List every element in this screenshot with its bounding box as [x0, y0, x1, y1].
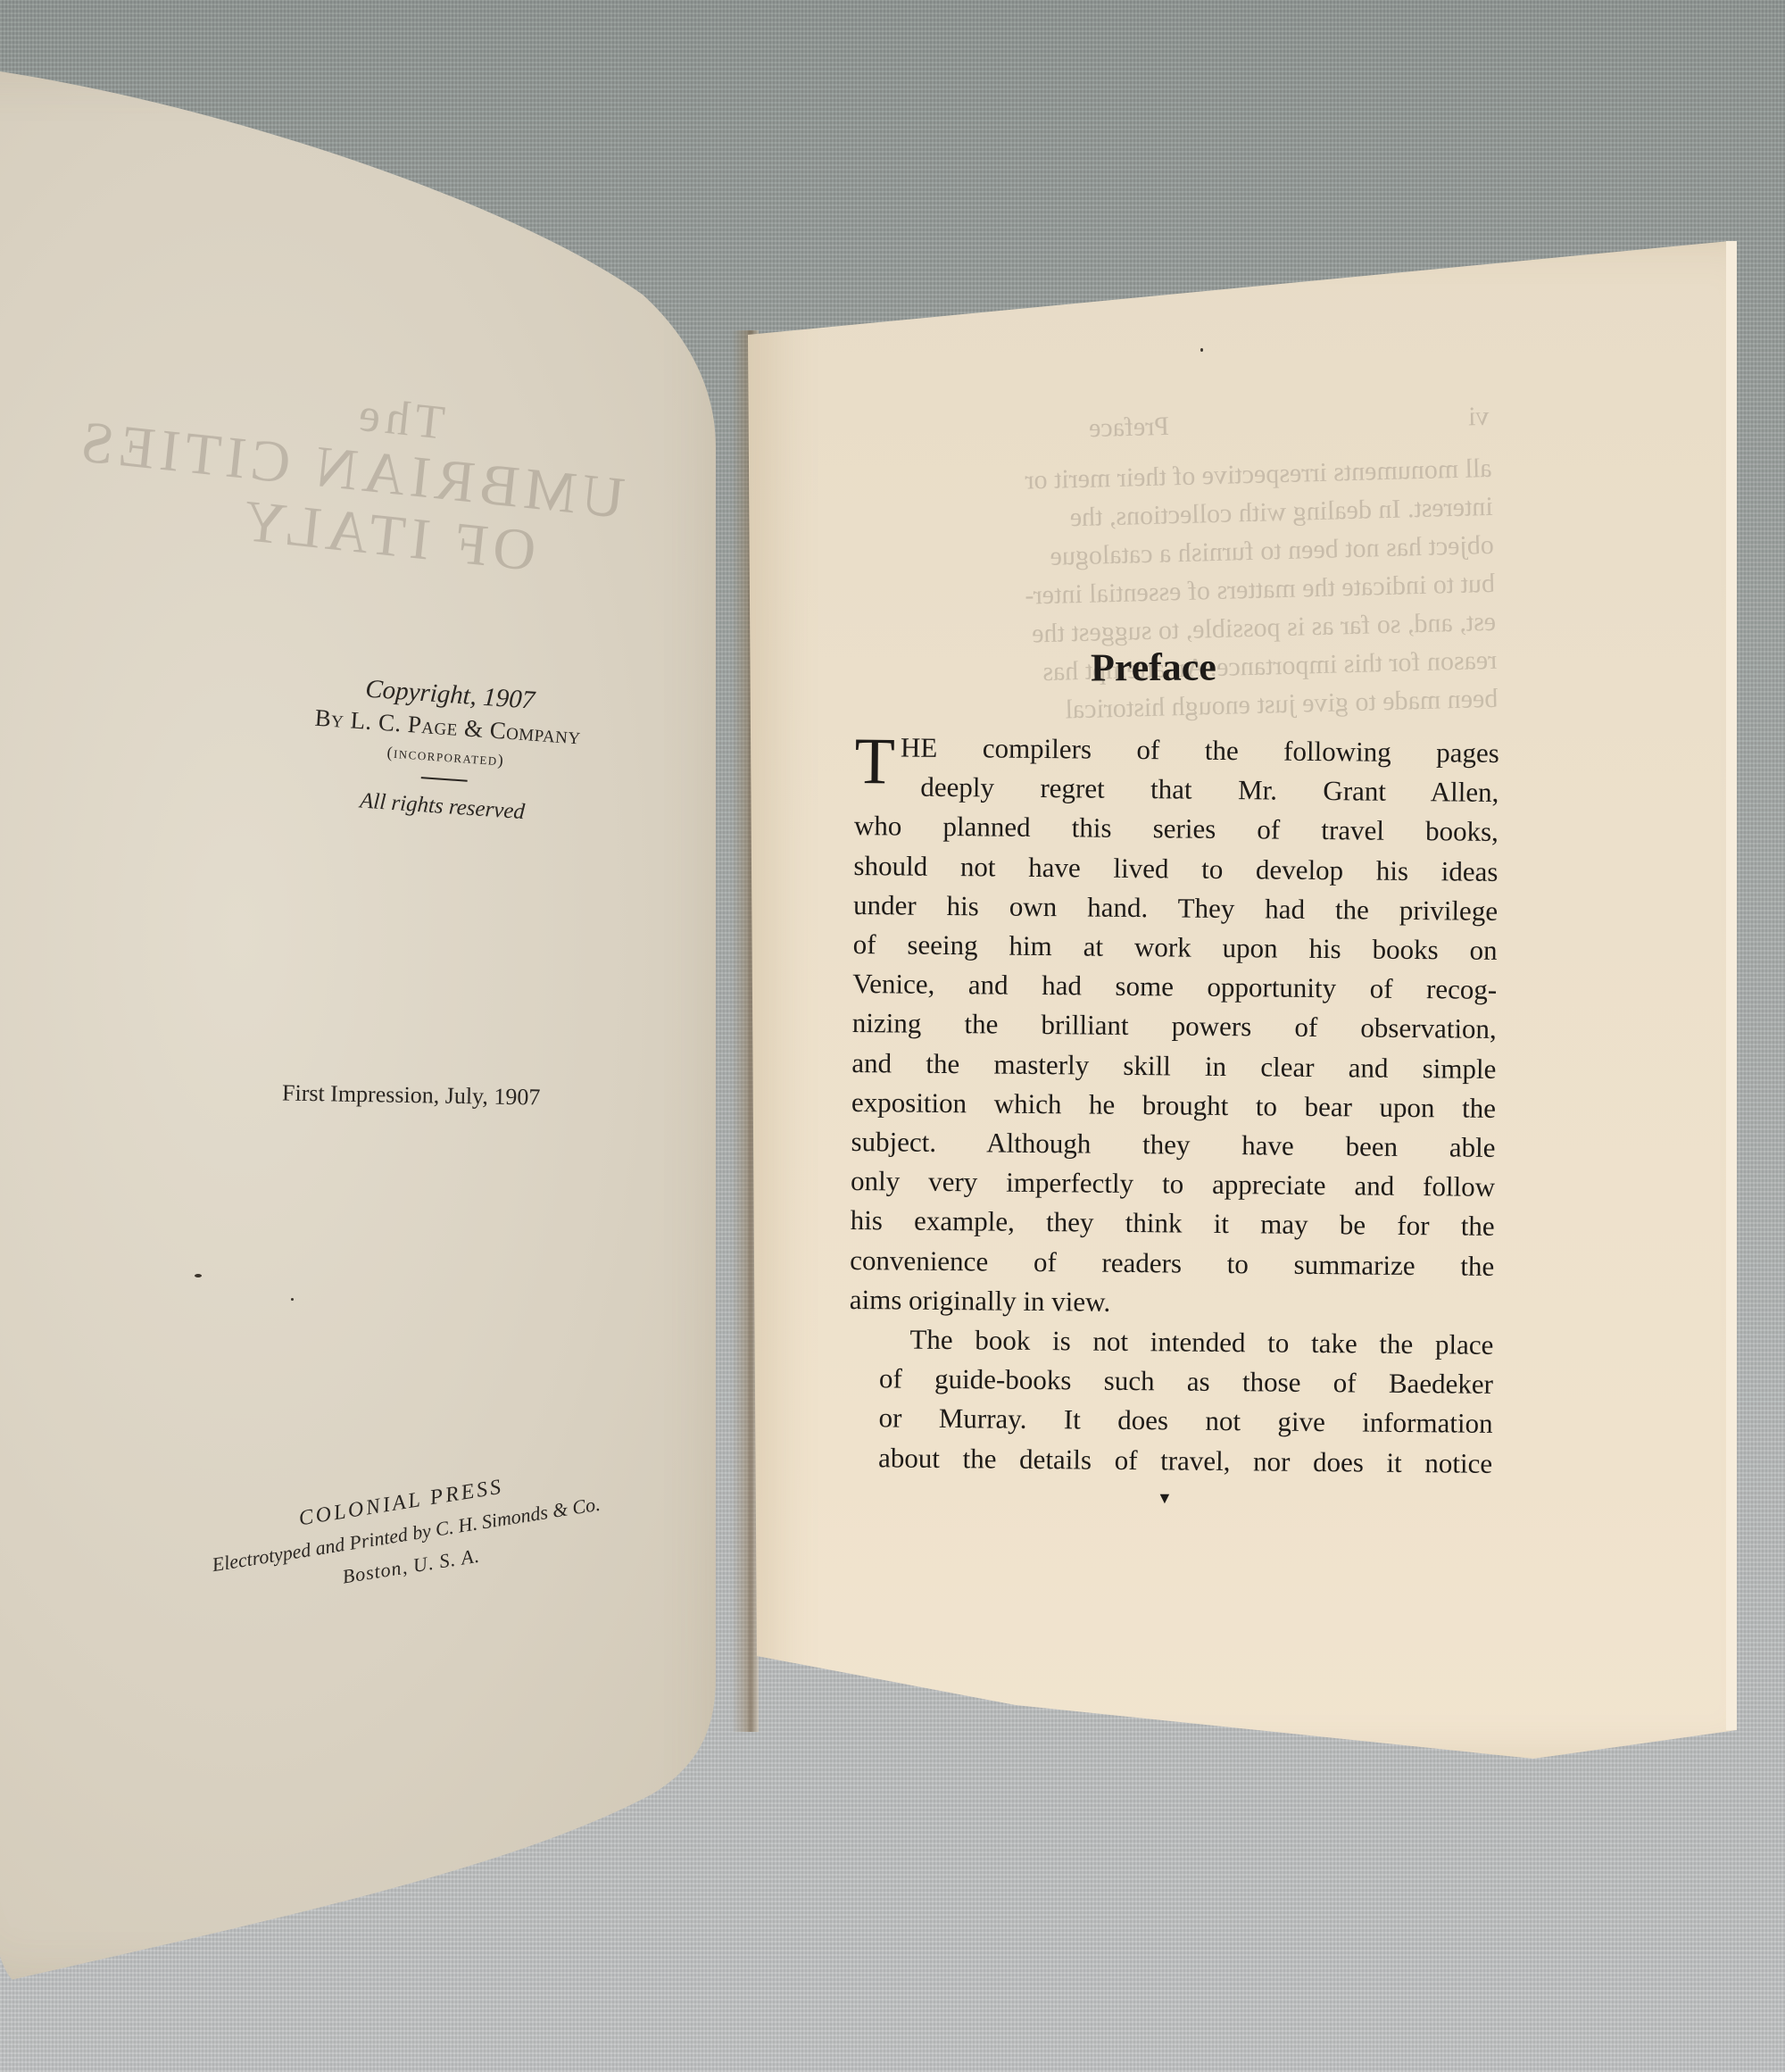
text-line: exposition which he brought to bear upon… [851, 1083, 1496, 1128]
left-page [0, 71, 750, 1982]
text-line: subject. Although they have been able [851, 1122, 1495, 1168]
page-title: Preface [1091, 645, 1216, 691]
preface-body: T HE compilers of the following pages de… [848, 728, 1499, 1484]
text-line: only very imperfectly to appreciate and … [851, 1161, 1495, 1207]
text-line: of guide-books such as those of Baedeker [849, 1359, 1493, 1404]
text-line: and the masterly skill in clear and simp… [851, 1044, 1496, 1089]
first-impression: First Impression, July, 1907 [282, 1079, 541, 1111]
drop-cap: T [854, 733, 895, 790]
text-line: deeply regret that Mr. Grant Allen, [854, 767, 1499, 812]
text-line: nizing the brilliant powers of observati… [852, 1003, 1497, 1049]
open-book: The UMBRIAN CITIES OF ITALY Copyright, 1… [0, 0, 1785, 2072]
paper-speck [1200, 348, 1203, 352]
paragraph: The book is not intended to take the pla… [848, 1319, 1494, 1484]
text-line: HE compilers of the following pages [855, 728, 1499, 773]
text-line: Venice, and had some opportunity of reco… [852, 964, 1497, 1010]
text-line: convenience of readers to summarize the [850, 1241, 1494, 1286]
paper-speck [195, 1274, 202, 1277]
text-line: of seeing him at work upon his books on [852, 925, 1497, 970]
divider-rule [421, 777, 468, 782]
text-line: should not have lived to develop his ide… [853, 846, 1498, 892]
text-line: under his own hand. They had the privile… [853, 886, 1498, 931]
text-line: his example, they think it may be for th… [850, 1201, 1494, 1246]
paragraph: T HE compilers of the following pages de… [850, 728, 1499, 1326]
paper-speck [291, 1298, 294, 1301]
text-line: or Murray. It does not give information [848, 1398, 1492, 1444]
text-line: about the details of travel, nor does it… [848, 1438, 1492, 1484]
continuation-arrow-icon: ▼ [1157, 1489, 1173, 1508]
text-line: The book is not intended to take the pla… [849, 1319, 1493, 1365]
text-line: aims originally in view. [850, 1280, 1494, 1326]
text-line: who planned this series of travel books, [854, 806, 1499, 852]
copyright-block: Copyright, 1907 By L. C. Page & Company … [263, 666, 629, 834]
